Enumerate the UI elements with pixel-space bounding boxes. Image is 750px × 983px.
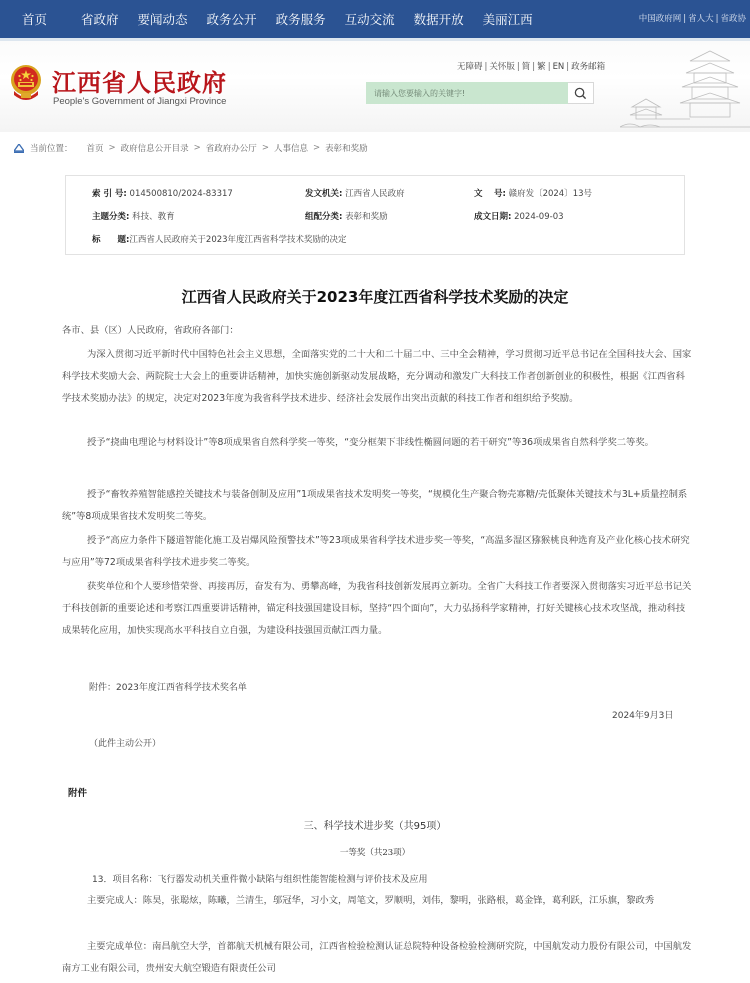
link-accessibility[interactable]: 无障碍 (457, 62, 483, 72)
appendix-subsection-heading: 一等奖（共23项） (0, 846, 750, 858)
link-simplified[interactable]: 简 (522, 62, 531, 72)
topic-category-label: 主题分类: (92, 212, 129, 222)
link-provincial-cppcc[interactable]: 省政协 (720, 14, 746, 24)
document-title-meta: 标 题:江西省人民政府关于2023年度江西省科学技术奖励的决定 (92, 233, 347, 245)
separator: | (716, 14, 719, 24)
paragraph-intro: 为深入贯彻习近平新时代中国特色社会主义思想，全面落实党的二十大和二十届二中、三中… (62, 344, 694, 410)
document-number-label: 文 号: (474, 189, 506, 199)
search-button[interactable] (568, 82, 594, 104)
separator: | (485, 62, 488, 72)
location-icon (14, 144, 24, 153)
nav-item-gov-services[interactable]: 政务服务 (276, 10, 326, 28)
nav-item-gov-affairs-open[interactable]: 政务公开 (207, 10, 257, 28)
separator: | (532, 62, 535, 72)
appendix-heading: 附件 (68, 785, 87, 799)
title-label: 标 题: (92, 235, 129, 245)
link-care-version[interactable]: 关怀版 (489, 62, 515, 72)
breadcrumb-separator: > (109, 143, 116, 153)
topic-category-value: 科技、教育 (132, 212, 175, 222)
salutation: 各市、县（区）人民政府，省政府各部门： (62, 320, 694, 342)
nav-item-provincial-gov[interactable]: 省政府 (81, 10, 119, 28)
breadcrumb-separator: > (313, 143, 320, 153)
issuing-authority: 发文机关: 江西省人民政府 (305, 187, 405, 199)
document-title: 江西省人民政府关于2023年度江西省科学技术奖励的决定 (0, 286, 750, 307)
organization-category-label: 组配分类: (305, 212, 342, 222)
search-input[interactable] (366, 82, 568, 104)
issuing-authority-label: 发文机关: (305, 189, 342, 199)
breadcrumb-gov-office[interactable]: 省政府办公厅 (206, 142, 257, 154)
utility-links: 无障碍|关怀版|简|繁|EN|政务邮箱 (457, 60, 605, 72)
paragraph-closing: 获奖单位和个人要珍惜荣誉、再接再厉，奋发有为、勇攀高峰，为我省科技创新发展再立新… (62, 576, 694, 642)
breadcrumb-personnel-info[interactable]: 人事信息 (274, 142, 308, 154)
search-bar (366, 82, 603, 104)
nav-item-interaction[interactable]: 互动交流 (345, 10, 395, 28)
main-contributors: 主要完成人：陈昊，张聪炫，陈曦，兰清生，邬冠华，习小文，周笔文，罗顺明，刘伟，黎… (62, 890, 694, 912)
paragraph-natural-science-award: 授予“挠曲电理论与材料设计”等8项成果省自然科学奖一等奖，“变分框架下非线性椭圆… (62, 432, 694, 454)
separator: | (566, 62, 569, 72)
paragraph-progress-award: 授予“高应力条件下隧道智能化施工及岩爆风险预警技术”等23项成果省科学技术进步奖… (62, 530, 694, 574)
breadcrumb-commendation[interactable]: 表彰和奖励 (325, 142, 368, 154)
link-provincial-congress[interactable]: 省人大 (688, 14, 714, 24)
index-number: 索 引 号: 014500810/2024-83317 (92, 187, 233, 199)
site-subtitle: People's Government of Jiangxi Province (53, 96, 226, 107)
search-icon (574, 87, 587, 100)
separator: | (548, 62, 551, 72)
site-header: 江西省人民政府 People's Government of Jiangxi P… (0, 41, 750, 132)
breadcrumb-gov-info-catalog[interactable]: 政府信息公开目录 (121, 142, 189, 154)
main-contributing-units: 主要完成单位：南昌航空大学，首都航天机械有限公司，江西省检验检测认证总院特种设备… (62, 936, 694, 980)
link-traditional[interactable]: 繁 (537, 62, 546, 72)
written-date: 成文日期: 2024-09-03 (474, 210, 564, 222)
main-nav: 首页 省政府 要闻动态 政务公开 政务服务 互动交流 数据开放 美丽江西 (0, 0, 552, 38)
paragraph-invention-award: 授予“畜牧养殖智能感控关键技术与装备创制及应用”1项成果省技术发明奖一等奖，“规… (62, 484, 694, 528)
breadcrumb-separator: > (262, 143, 269, 153)
breadcrumb-home[interactable]: 首页 (87, 142, 104, 154)
link-gov-mail[interactable]: 政务邮箱 (571, 62, 605, 72)
appendix-section-heading: 三、科学技术进步奖（共95项） (0, 817, 750, 832)
breadcrumb-label: 当前位置： (30, 142, 73, 154)
nav-item-home[interactable]: 首页 (22, 10, 47, 28)
organization-category: 组配分类: 表彰和奖励 (305, 210, 388, 222)
organization-category-value: 表彰和奖励 (345, 212, 388, 222)
index-number-value: 014500810/2024-83317 (130, 189, 233, 199)
nav-item-open-data[interactable]: 数据开放 (414, 10, 464, 28)
separator: | (683, 14, 686, 24)
tengwang-pavilion-illustration (620, 47, 750, 132)
project-name: 13．项目名称：飞行器发动机关重件微小缺陷与组织性能智能检测与评价技术及应用 (92, 872, 427, 885)
breadcrumb-separator: > (194, 143, 201, 153)
link-english[interactable]: EN (553, 62, 565, 72)
document-number-value: 赣府发〔2024〕13号 (509, 189, 592, 199)
nav-item-news[interactable]: 要闻动态 (138, 10, 188, 28)
breadcrumb: 当前位置： 首页 > 政府信息公开目录 > 省政府办公厅 > 人事信息 > 表彰… (14, 142, 368, 154)
document-metadata-box: 索 引 号: 014500810/2024-83317 发文机关: 江西省人民政… (65, 175, 685, 255)
national-emblem-icon[interactable] (8, 63, 44, 103)
public-note: （此件主动公开） (89, 736, 161, 749)
document-number: 文 号: 赣府发〔2024〕13号 (474, 187, 592, 199)
written-date-value: 2024-09-03 (514, 212, 563, 222)
index-number-label: 索 引 号: (92, 189, 127, 199)
issuing-authority-value: 江西省人民政府 (345, 189, 405, 199)
separator: | (517, 62, 520, 72)
link-china-gov[interactable]: 中国政府网 (639, 14, 682, 24)
site-title[interactable]: 江西省人民政府 (52, 63, 227, 98)
topic-category: 主题分类: 科技、教育 (92, 210, 175, 222)
written-date-label: 成文日期: (474, 212, 511, 222)
external-links: 中国政府网|省人大|省政协 (639, 12, 746, 24)
document-date: 2024年9月3日 (612, 708, 673, 721)
title-value: 江西省人民政府关于2023年度江西省科学技术奖励的决定 (129, 235, 346, 245)
nav-item-beautiful-jiangxi[interactable]: 美丽江西 (483, 10, 533, 28)
attachment-link[interactable]: 附件：2023年度江西省科学技术奖名单 (89, 680, 247, 693)
top-navigation-bar: 首页 省政府 要闻动态 政务公开 政务服务 互动交流 数据开放 美丽江西 中国政… (0, 0, 750, 38)
